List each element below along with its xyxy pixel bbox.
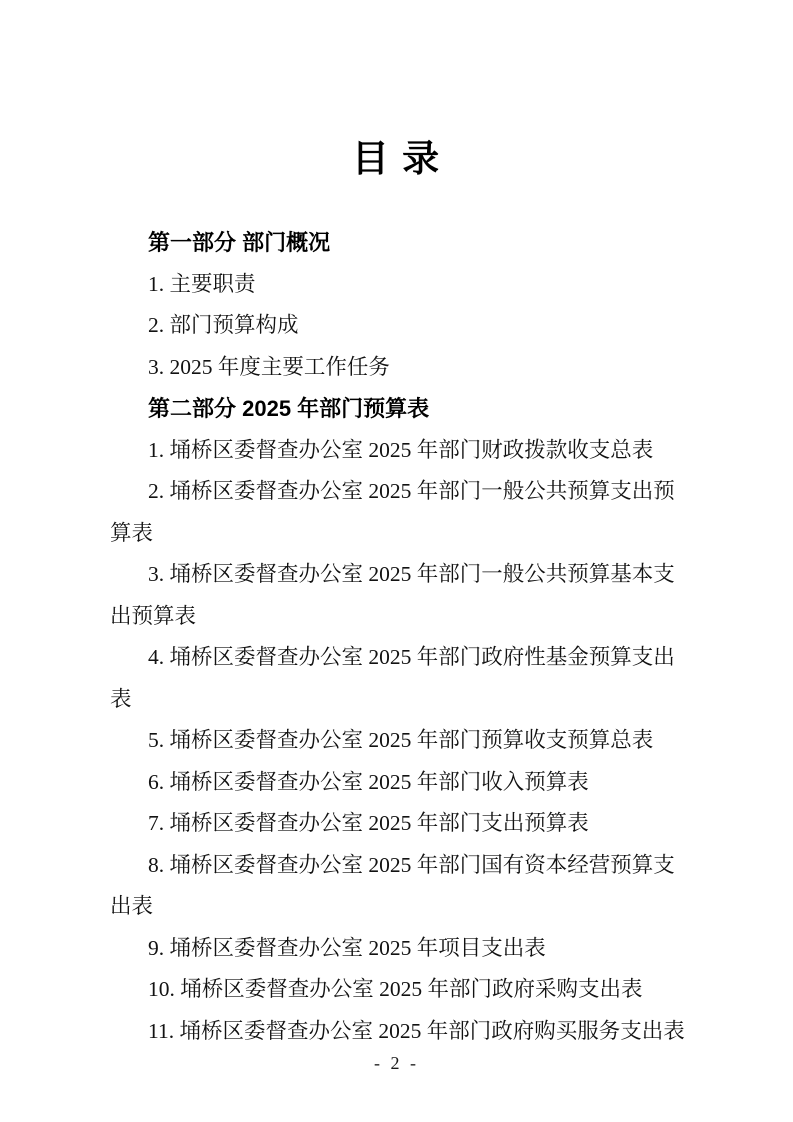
toc-item: 1. 主要职责 bbox=[110, 264, 687, 306]
page-number: - 2 - bbox=[0, 1053, 793, 1074]
section-heading-part1: 第一部分 部门概况 bbox=[110, 222, 687, 264]
page-title: 目 录 bbox=[0, 0, 793, 184]
toc-content: 第一部分 部门概况 1. 主要职责 2. 部门预算构成 3. 2025 年度主要… bbox=[110, 222, 687, 1052]
toc-item: 7. 埇桥区委督查办公室 2025 年部门支出预算表 bbox=[110, 803, 687, 845]
toc-item: 10. 埇桥区委督查办公室 2025 年部门政府采购支出表 bbox=[110, 969, 687, 1011]
toc-item: 6. 埇桥区委督查办公室 2025 年部门收入预算表 bbox=[110, 762, 687, 804]
toc-item: 4. 埇桥区委督查办公室 2025 年部门政府性基金预算支出表 bbox=[110, 637, 687, 720]
toc-item: 2. 埇桥区委督查办公室 2025 年部门一般公共预算支出预算表 bbox=[110, 471, 687, 554]
toc-item: 2. 部门预算构成 bbox=[110, 305, 687, 347]
section-heading-part2: 第二部分 2025 年部门预算表 bbox=[110, 388, 687, 430]
toc-item: 9. 埇桥区委督查办公室 2025 年项目支出表 bbox=[110, 928, 687, 970]
toc-item: 3. 埇桥区委督查办公室 2025 年部门一般公共预算基本支出预算表 bbox=[110, 554, 687, 637]
toc-item: 3. 2025 年度主要工作任务 bbox=[110, 347, 687, 389]
document-page: 目 录 第一部分 部门概况 1. 主要职责 2. 部门预算构成 3. 2025 … bbox=[0, 0, 793, 1122]
toc-item: 1. 埇桥区委督查办公室 2025 年部门财政拨款收支总表 bbox=[110, 430, 687, 472]
toc-item: 5. 埇桥区委督查办公室 2025 年部门预算收支预算总表 bbox=[110, 720, 687, 762]
toc-item: 8. 埇桥区委督查办公室 2025 年部门国有资本经营预算支出表 bbox=[110, 845, 687, 928]
toc-item: 11. 埇桥区委督查办公室 2025 年部门政府购买服务支出表 bbox=[110, 1011, 687, 1053]
